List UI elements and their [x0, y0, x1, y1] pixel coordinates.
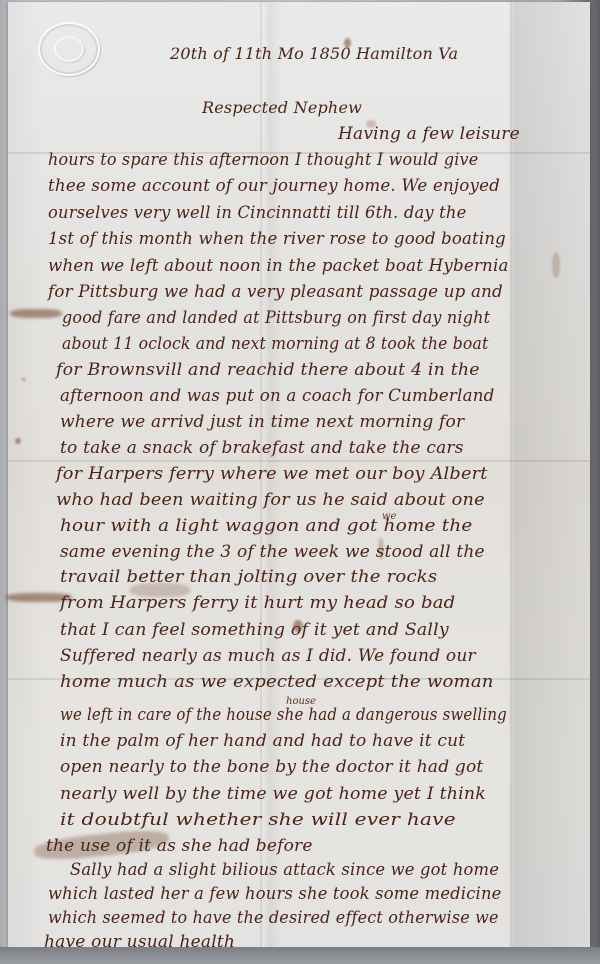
letter-line: that I can feel something of it yet and …	[60, 620, 449, 640]
interlinear-insertion-house: house	[286, 696, 316, 707]
letter-line: Having a few leisure	[338, 124, 520, 144]
letter-line: Sally had a slight bilious attack since …	[70, 860, 499, 880]
letter-line: hours to spare this afternoon I thought …	[48, 150, 478, 170]
letter-line: open nearly to the bone by the doctor it…	[60, 757, 483, 777]
letter-line: it doubtful whether she will ever have	[60, 810, 456, 830]
letter-line: for Harpers ferry where we met our boy A…	[56, 464, 488, 484]
scan-bottom-edge	[0, 947, 600, 964]
letter-line: to take a snack of brakefast and take th…	[60, 438, 464, 458]
letter-line: same evening the 3 of the week we stood …	[60, 542, 485, 562]
letter-line: we left in care of the house she had a d…	[60, 705, 507, 725]
letter-line: 1st of this month when the river rose to…	[48, 229, 506, 249]
letter-line: who had been waiting for us he said abou…	[56, 490, 485, 510]
letter-line: when we left about noon in the packet bo…	[48, 256, 509, 276]
letter-body: 20th of 11th Mo 1850 Hamilton Va Respect…	[0, 0, 600, 964]
letter-line: in the palm of her hand and had to have …	[60, 731, 465, 751]
letter-salutation: Respected Nephew	[202, 98, 362, 117]
letter-line: hour with a light waggon and got home th…	[60, 516, 472, 536]
interlinear-insertion-we: we	[382, 511, 396, 522]
letter-line: from Harpers ferry it hurt my head so ba…	[60, 593, 455, 613]
letter-line: travail better than jolting over the roc…	[60, 567, 437, 587]
letter-line: the use of it as she had before	[46, 836, 313, 856]
letter-line: nearly well by the time we got home yet …	[60, 784, 486, 804]
letter-line: where we arrivd just in time next mornin…	[60, 412, 464, 432]
letter-line: for Brownsvill and reachid there about 4…	[56, 360, 480, 380]
letter-line: which lasted her a few hours she took so…	[48, 884, 502, 904]
letter-line: Suffered nearly as much as I did. We fou…	[60, 646, 476, 666]
letter-line: home much as we expected except the woma…	[60, 672, 494, 692]
letter-line: thee some account of our journey home. W…	[48, 176, 500, 196]
letter-line: for Pittsburg we had a very pleasant pas…	[48, 282, 503, 302]
letter-dateline: 20th of 11th Mo 1850 Hamilton Va	[170, 44, 458, 63]
letter-line: afternoon and was put on a coach for Cum…	[60, 386, 495, 406]
letter-line: which seemed to have the desired effect …	[48, 908, 499, 928]
letter-line: ourselves very well in Cincinnatti till …	[48, 203, 466, 223]
letter-line: good fare and landed at Pittsburg on fir…	[62, 308, 490, 328]
letter-line: about 11 oclock and next morning at 8 to…	[62, 334, 488, 354]
